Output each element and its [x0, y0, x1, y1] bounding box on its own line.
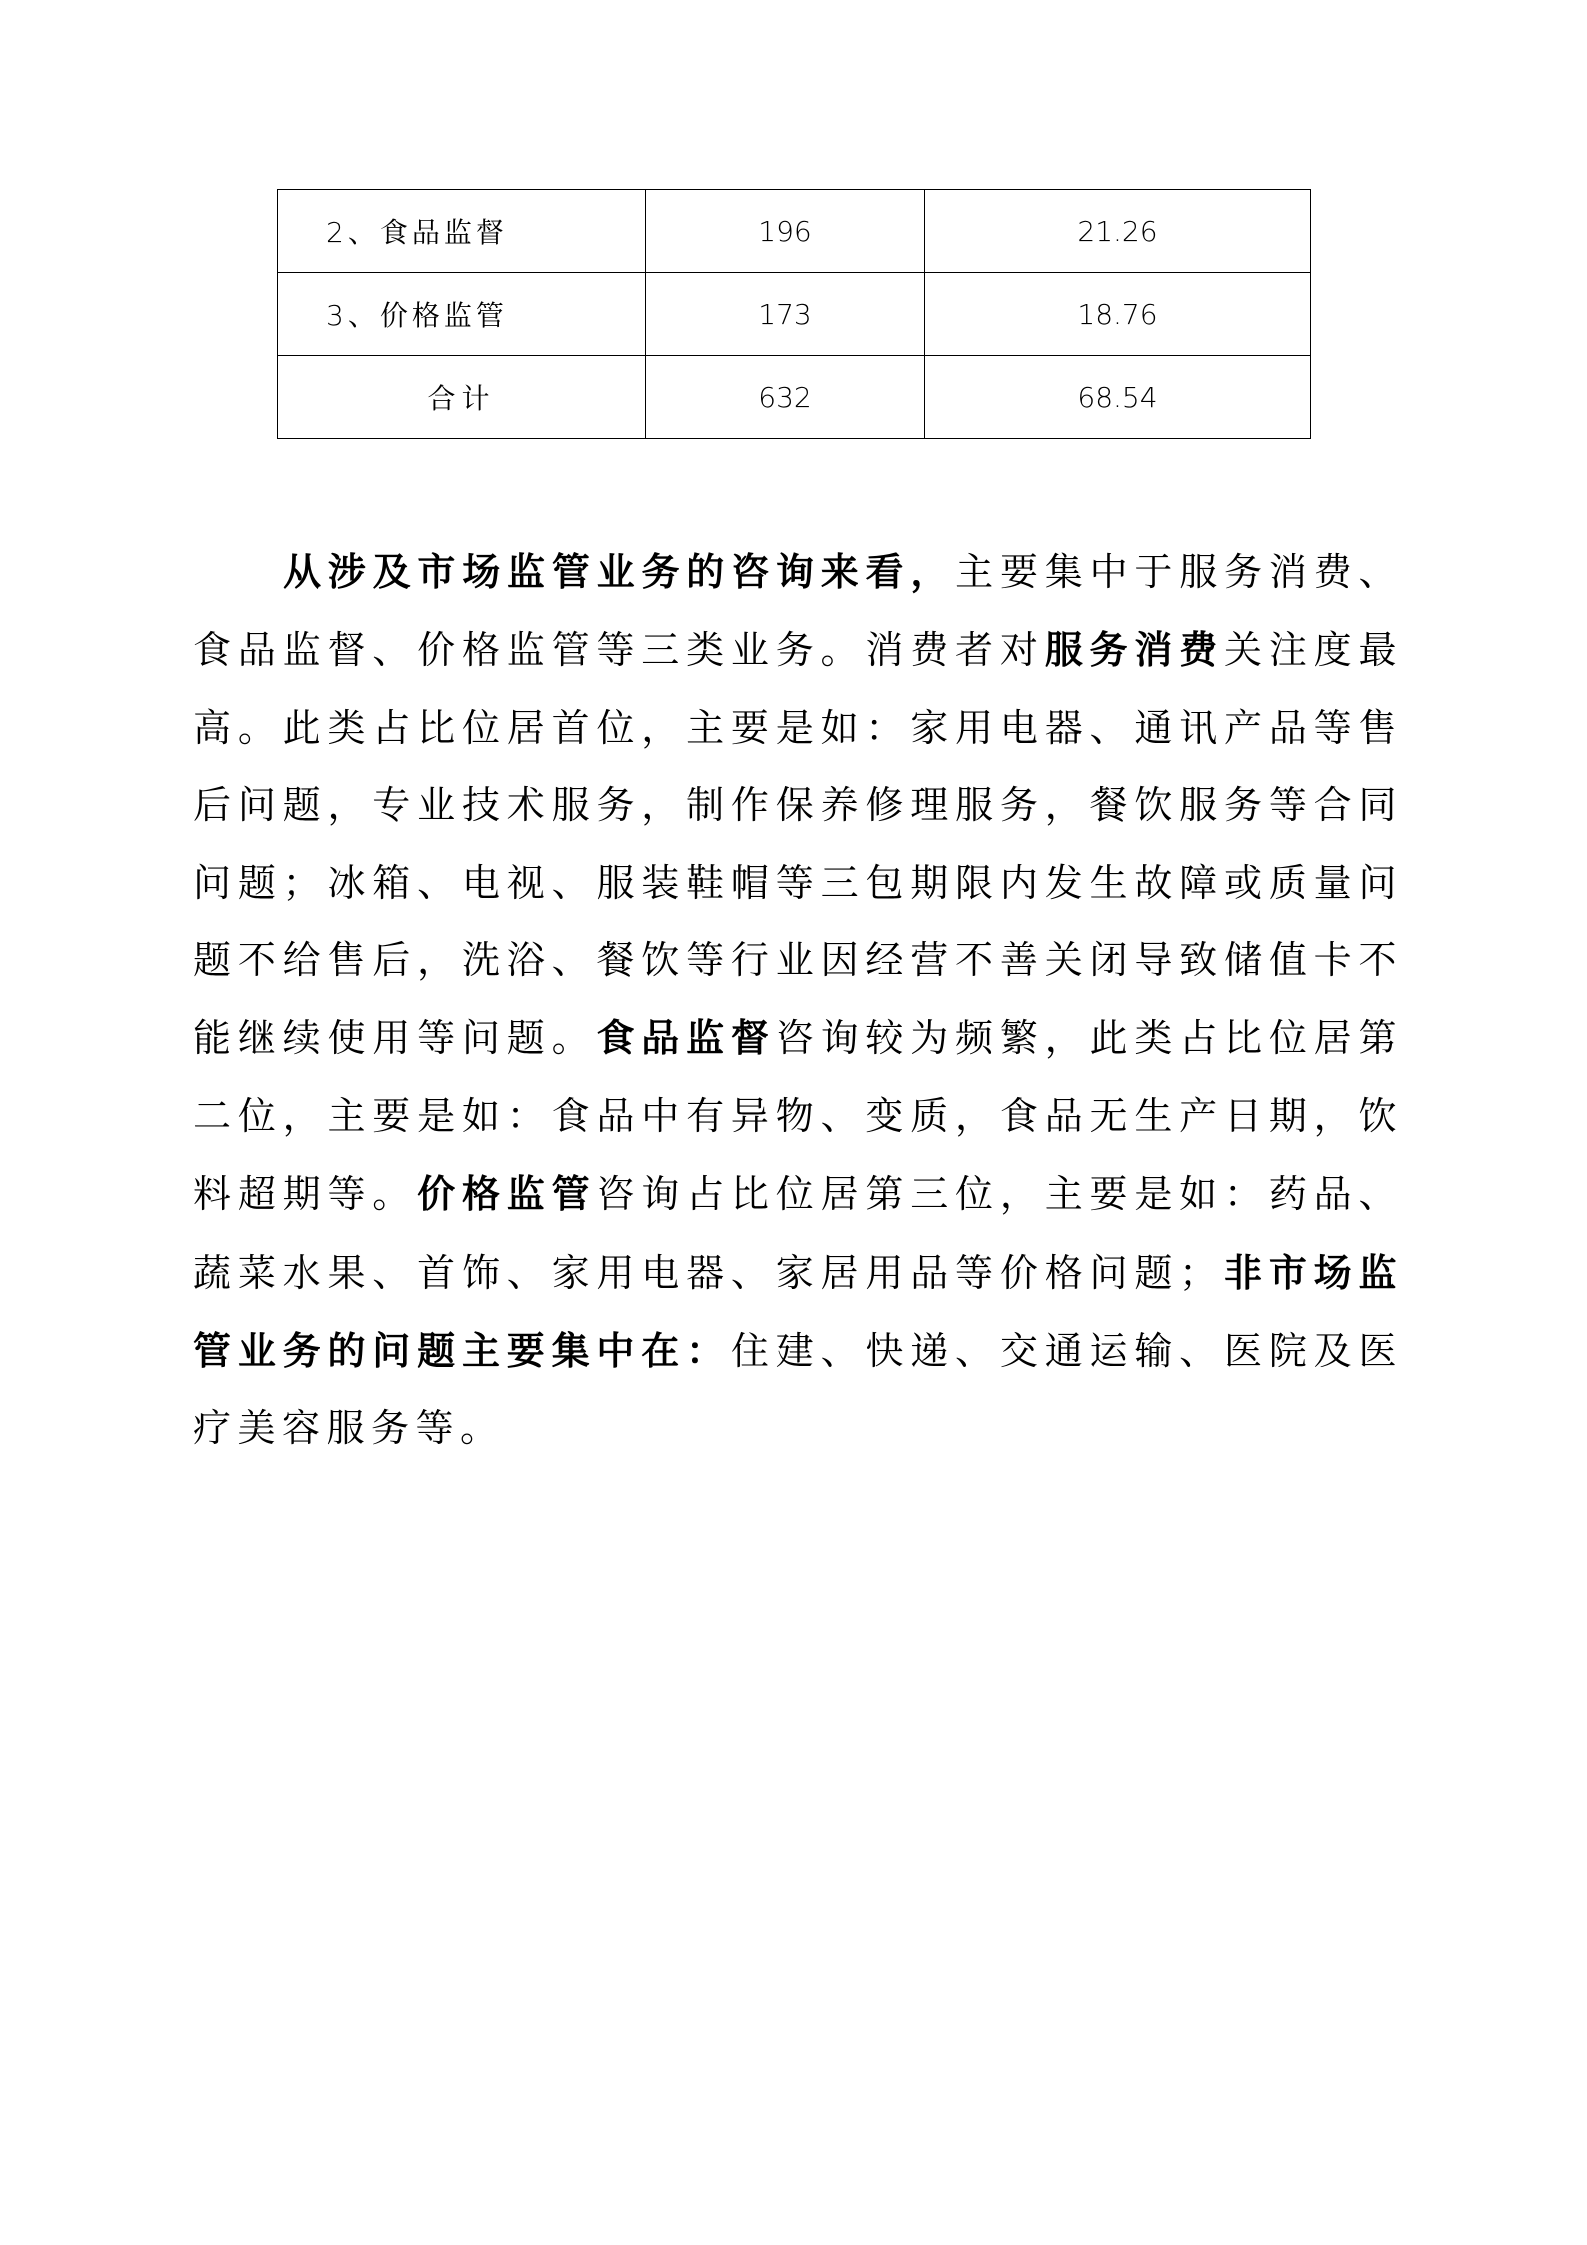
category-cell: 3、价格监管	[278, 273, 646, 356]
total-label-cell: 合计	[278, 356, 646, 439]
table-row: 3、价格监管 173 18.76	[278, 273, 1311, 356]
analysis-paragraph: 从涉及市场监管业务的咨询来看，主要集中于服务消费、食品监督、价格监管等三类业务。…	[193, 533, 1403, 1468]
document-page: 2、食品监督 196 21.26 3、价格监管 173 18.76 合计 632…	[0, 0, 1587, 2245]
count-cell: 173	[646, 273, 925, 356]
highlight-price-supervision: 价格监管	[417, 1171, 596, 1216]
table-row: 2、食品监督 196 21.26	[278, 190, 1311, 273]
text-segment: 关注度最高。此类占比位居首位，主要是如：家用电器、通讯产品等售后问题，专业技术服…	[193, 628, 1403, 1060]
consultation-stats-table: 2、食品监督 196 21.26 3、价格监管 173 18.76 合计 632…	[277, 189, 1311, 439]
total-count-cell: 632	[646, 356, 925, 439]
highlight-service-consumption: 服务消费	[1045, 627, 1224, 672]
lead-sentence: 从涉及市场监管业务的咨询来看，	[283, 549, 955, 594]
highlight-food-supervision: 食品监督	[596, 1015, 775, 1060]
total-percent-cell: 68.54	[925, 356, 1311, 439]
count-cell: 196	[646, 190, 925, 273]
percent-cell: 21.26	[925, 190, 1311, 273]
table-row-total: 合计 632 68.54	[278, 356, 1311, 439]
percent-cell: 18.76	[925, 273, 1311, 356]
category-cell: 2、食品监督	[278, 190, 646, 273]
